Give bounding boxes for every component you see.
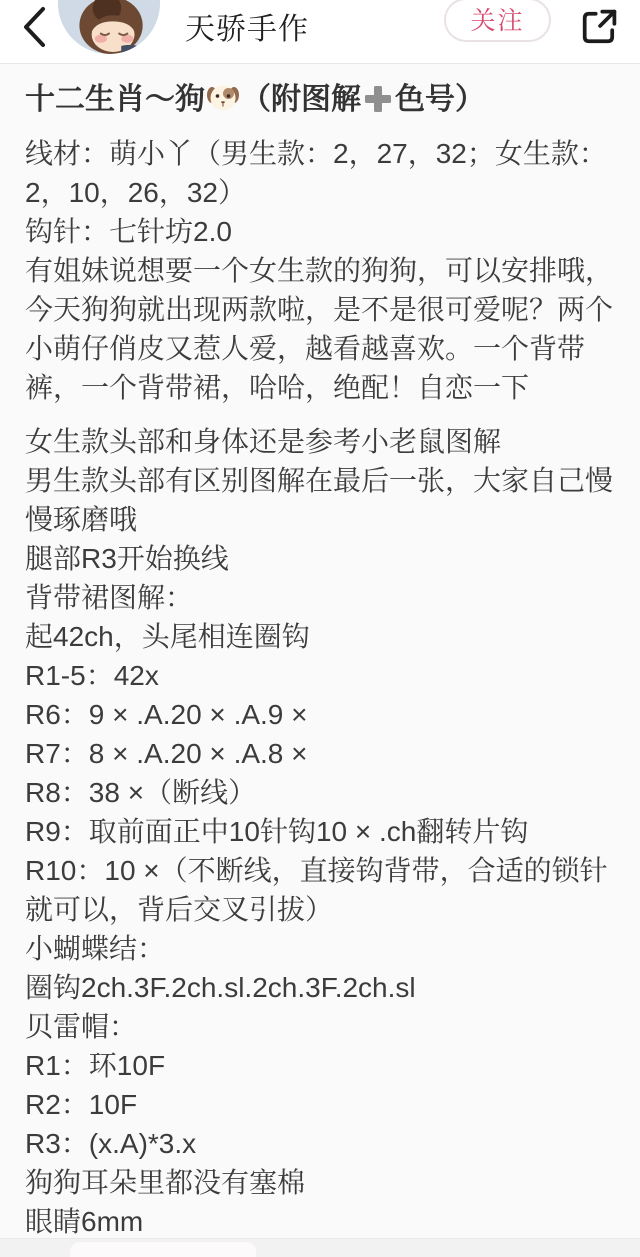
post-title-suffix: 色号） xyxy=(395,83,485,116)
back-button[interactable] xyxy=(12,2,56,54)
follow-button[interactable]: 关注 xyxy=(444,0,551,42)
post-text-line: 狗狗耳朵里都没有塞棉 xyxy=(25,1163,615,1202)
post-content: 十二生肖～狗 （附图解 色号） 线材：萌小丫（男生款：2，27，32；女生款：2… xyxy=(0,64,640,1241)
post-text-line: 有姐妹说想要一个女生款的狗狗，可以安排哦，今天狗狗就出现两款啦，是不是很可爱呢？… xyxy=(25,251,615,407)
post-title-prefix: 十二生肖～狗 xyxy=(25,83,205,116)
footer-strip xyxy=(0,1238,640,1257)
username[interactable]: 天骄手作 xyxy=(185,11,309,49)
post-text-line: R9：取前面正中10针钩10 × .ch翻转片钩 xyxy=(25,812,615,851)
header-bar: 天骄手作 关注 xyxy=(0,0,640,64)
post-text-line: R3：(x.A)*3.x xyxy=(25,1124,615,1163)
post-image-preview[interactable] xyxy=(70,1242,256,1257)
chevron-left-icon xyxy=(18,4,50,53)
share-icon xyxy=(577,5,621,52)
post-text-line: 线材：萌小丫（男生款：2，27，32；女生款：2，10，26，32） xyxy=(25,134,615,212)
plus-icon xyxy=(363,82,393,128)
post-text-line: 女生款头部和身体还是参考小老鼠图解 xyxy=(25,422,615,461)
post-text-line: 贝雷帽： xyxy=(25,1007,615,1046)
post-text-line: 钩针：七针坊2.0 xyxy=(25,212,615,251)
post-text-line: R8：38 ×（断线） xyxy=(25,773,615,812)
post-text-line: 起42ch，头尾相连圈钩 xyxy=(25,617,615,656)
post-text-line: R1：环10F xyxy=(25,1046,615,1085)
post-text-line: R6：9 × .A.20 × .A.9 × xyxy=(25,695,615,734)
avatar[interactable] xyxy=(58,0,160,54)
post-text-line: 眼睛6mm xyxy=(25,1202,615,1241)
post-text-line: R7：8 × .A.20 × .A.8 × xyxy=(25,734,615,773)
post-title-middle: （附图解 xyxy=(241,83,361,116)
post-text-line: 圈钩2ch.3F.2ch.sl.2ch.3F.2ch.sl xyxy=(25,968,615,1007)
post-text-line: R1-5：42x xyxy=(25,656,615,695)
follow-button-label: 关注 xyxy=(470,1,524,37)
share-button[interactable] xyxy=(573,2,625,54)
post-text-line: 背带裙图解： xyxy=(25,578,615,617)
post-text-line: 男生款头部有区别图解在最后一张，大家自己慢慢琢磨哦 xyxy=(25,461,615,539)
dog-emoji-icon xyxy=(207,82,239,128)
post-title: 十二生肖～狗 （附图解 色号） xyxy=(25,77,615,128)
post-page: 天骄手作 关注 十二生肖～狗 xyxy=(0,0,640,1257)
post-text-line: 腿部R3开始换线 xyxy=(25,539,615,578)
post-text-line: 小蝴蝶结： xyxy=(25,929,615,968)
post-text-line: R10：10 ×（不断线，直接钩背带，合适的锁针就可以，背后交叉引拔） xyxy=(25,851,615,929)
post-text-line: R2：10F xyxy=(25,1085,615,1124)
post-body: 线材：萌小丫（男生款：2，27，32；女生款：2，10，26，32）钩针：七针坊… xyxy=(25,134,615,1241)
